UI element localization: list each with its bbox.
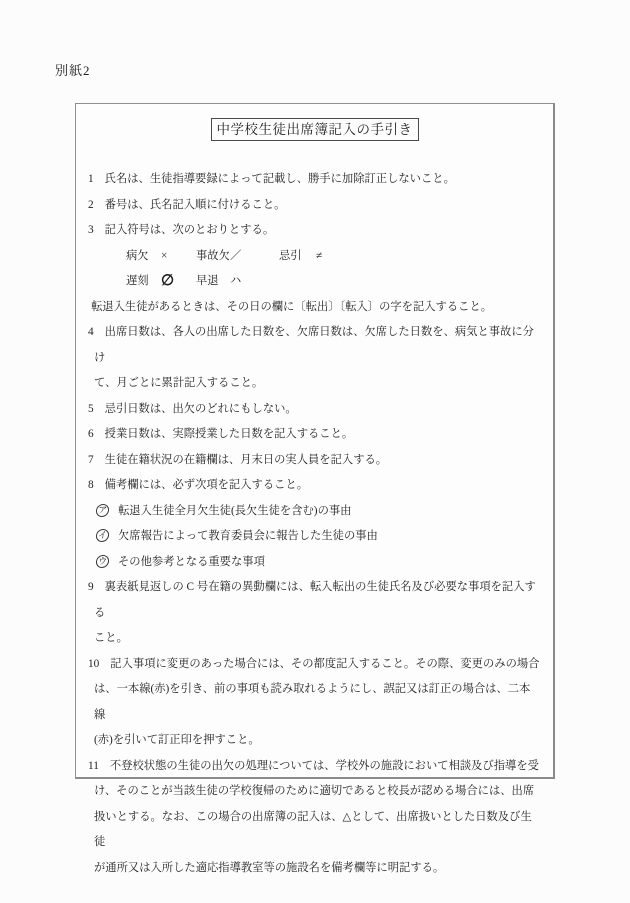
symbol-row-1: 病欠×事故欠／忌引≠ [126,244,541,270]
document-title: 中学校生徒出席簿記入の手引き [211,118,419,141]
instruction-item-9: 9裏表紙見返しの C 号在籍の異動欄には、転入転出の生徒氏名及び必要な事項を記入… [88,575,541,652]
sub-item-text: 欠席報告によって教育委員会に報告した生徒の事由 [118,530,378,542]
title-row: 中学校生徒出席簿記入の手引き [76,118,553,142]
item-number: 2 [88,199,94,211]
circled-u-marker: ウ [95,555,109,568]
item-number: 10 [88,658,99,670]
item-text: 記入事項に変更のあった場合には、その都度記入すること。その際、変更のみの場合 は… [94,658,539,747]
item-text: 忌引日数は、出欠のどれにもしない。 [105,403,297,415]
item-number: 7 [88,454,94,466]
circled-i-marker: イ [95,529,109,542]
instruction-item-1: 1氏名は、生徒指導要録によって記載し、勝手に加除訂正しないこと。 [88,167,541,193]
item-number: 9 [88,581,94,593]
item-number: 6 [88,428,94,440]
instruction-item-7: 7生徒在籍状況の在籍欄は、月末日の実人員を記入する。 [88,448,541,474]
instruction-item-11: 11不登校状態の生徒の出欠の処理については、学校外の施設において相談及び指導を受… [88,754,541,882]
symbol-label-sick-absence: 病欠 [126,244,161,270]
symbol-mark-tardy: ∅ [161,269,196,295]
symbol-label-accident-absence: 事故欠 [196,244,230,270]
instruction-item-4: 4出席日数は、各人の出席した日数を、欠席日数は、欠席した日数を、病気と事故に分け… [88,320,541,397]
item-text: 番号は、氏名記入順に付けること。 [105,199,286,211]
item-number: 8 [88,479,94,491]
sub-item-i: イ欠席報告によって教育委員会に報告した生徒の事由 [88,524,541,550]
instruction-item-2: 2番号は、氏名記入順に付けること。 [88,193,541,219]
item-number: 3 [88,224,94,236]
instruction-item-10: 10記入事項に変更のあった場合には、その都度記入すること。その際、変更のみの場合… [88,652,541,754]
symbol-mark-early-leave: ハ [230,269,241,295]
sub-item-u: ウその他参考となる重要な事項 [88,550,541,576]
item-number: 1 [88,173,94,185]
sub-item-text: その他参考となる重要な事項 [118,556,265,568]
transfer-note: 転退入生徒があるときは、その日の欄に〔転出〕〔転入〕の字を記入すること。 [88,295,541,321]
symbol-row-2: 遅刻∅早退ハ [126,269,541,295]
symbol-label-mourning: 忌引 [279,244,316,270]
sub-item-text: 転退入生徒全月欠生徒(長欠生徒を含む)の事由 [118,505,351,517]
symbol-mark-sick-absence: × [161,244,196,270]
symbol-mark-accident-absence: ／ [230,244,279,270]
instruction-item-3: 3記入符号は、次のとおりとする。 [88,218,541,244]
item-number: 5 [88,403,94,415]
item-text: 備考欄には、必ず次項を記入すること。 [105,479,308,491]
symbol-label-early-leave: 早退 [196,269,230,295]
item-text: 生徒在籍状況の在籍欄は、月末日の実人員を記入する。 [105,454,387,466]
item-text: 記入符号は、次のとおりとする。 [105,224,274,236]
guide-content: 1氏名は、生徒指導要録によって記載し、勝手に加除訂正しないこと。 2番号は、氏名… [76,167,553,881]
instruction-item-6: 6授業日数は、実際授業した日数を記入すること。 [88,422,541,448]
symbol-legend: 病欠×事故欠／忌引≠ 遅刻∅早退ハ [88,244,541,295]
sub-item-a: ア転退入生徒全月欠生徒(長欠生徒を含む)の事由 [88,499,541,525]
item-text: 氏名は、生徒指導要録によって記載し、勝手に加除訂正しないこと。 [105,173,455,185]
symbol-mark-mourning: ≠ [316,244,322,270]
instruction-item-8: 8備考欄には、必ず次項を記入すること。 [88,473,541,499]
guide-box: 中学校生徒出席簿記入の手引き 1氏名は、生徒指導要録によって記載し、勝手に加除訂… [75,103,555,779]
symbol-label-tardy: 遅刻 [126,269,161,295]
item-text: 裏表紙見返しの C 号在籍の異動欄には、転入転出の生徒氏名及び必要な事項を記入す… [94,581,536,644]
item-text: 出席日数は、各人の出席した日数を、欠席日数は、欠席した日数を、病気と事故に分け … [94,326,534,389]
item-number: 4 [88,326,94,338]
document-page: 別紙2 中学校生徒出席簿記入の手引き 1氏名は、生徒指導要録によって記載し、勝手… [0,0,630,903]
circled-a-marker: ア [95,504,109,517]
item-text: 不登校状態の生徒の出欠の処理については、学校外の施設において相談及び指導を受 け… [94,760,539,874]
instruction-item-5: 5忌引日数は、出欠のどれにもしない。 [88,397,541,423]
attachment-label: 別紙2 [55,60,91,79]
item-number: 11 [88,760,99,772]
item-text: 授業日数は、実際授業した日数を記入すること。 [105,428,354,440]
